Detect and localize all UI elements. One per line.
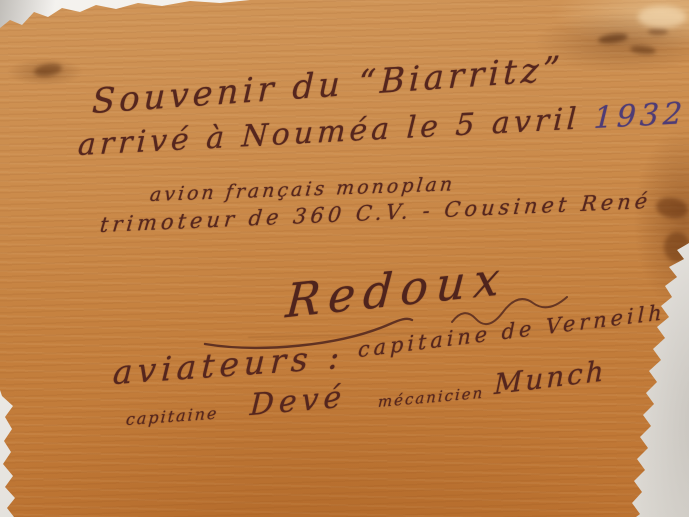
photo-wooden-plank-souvenir: Souvenir du “Biarritz” arrivé à Nouméa l… — [0, 0, 689, 517]
inscription-mechanic-rank: mécanicien — [378, 384, 485, 411]
wood-stain — [648, 28, 668, 35]
wood-stain — [33, 62, 63, 79]
inscription-copilot-name: Devé — [249, 379, 347, 423]
inscription-mechanic-name: Munch — [494, 354, 607, 401]
wood-stain — [630, 45, 657, 56]
wood-scuff — [638, 6, 686, 28]
wood-edge-damage — [655, 195, 689, 220]
wood-stain — [598, 32, 629, 45]
inscription-copilot-rank: capitaine — [125, 403, 219, 429]
wood-plank: Souvenir du “Biarritz” arrivé à Nouméa l… — [0, 0, 689, 517]
inscription-year: 1932 — [593, 96, 687, 136]
